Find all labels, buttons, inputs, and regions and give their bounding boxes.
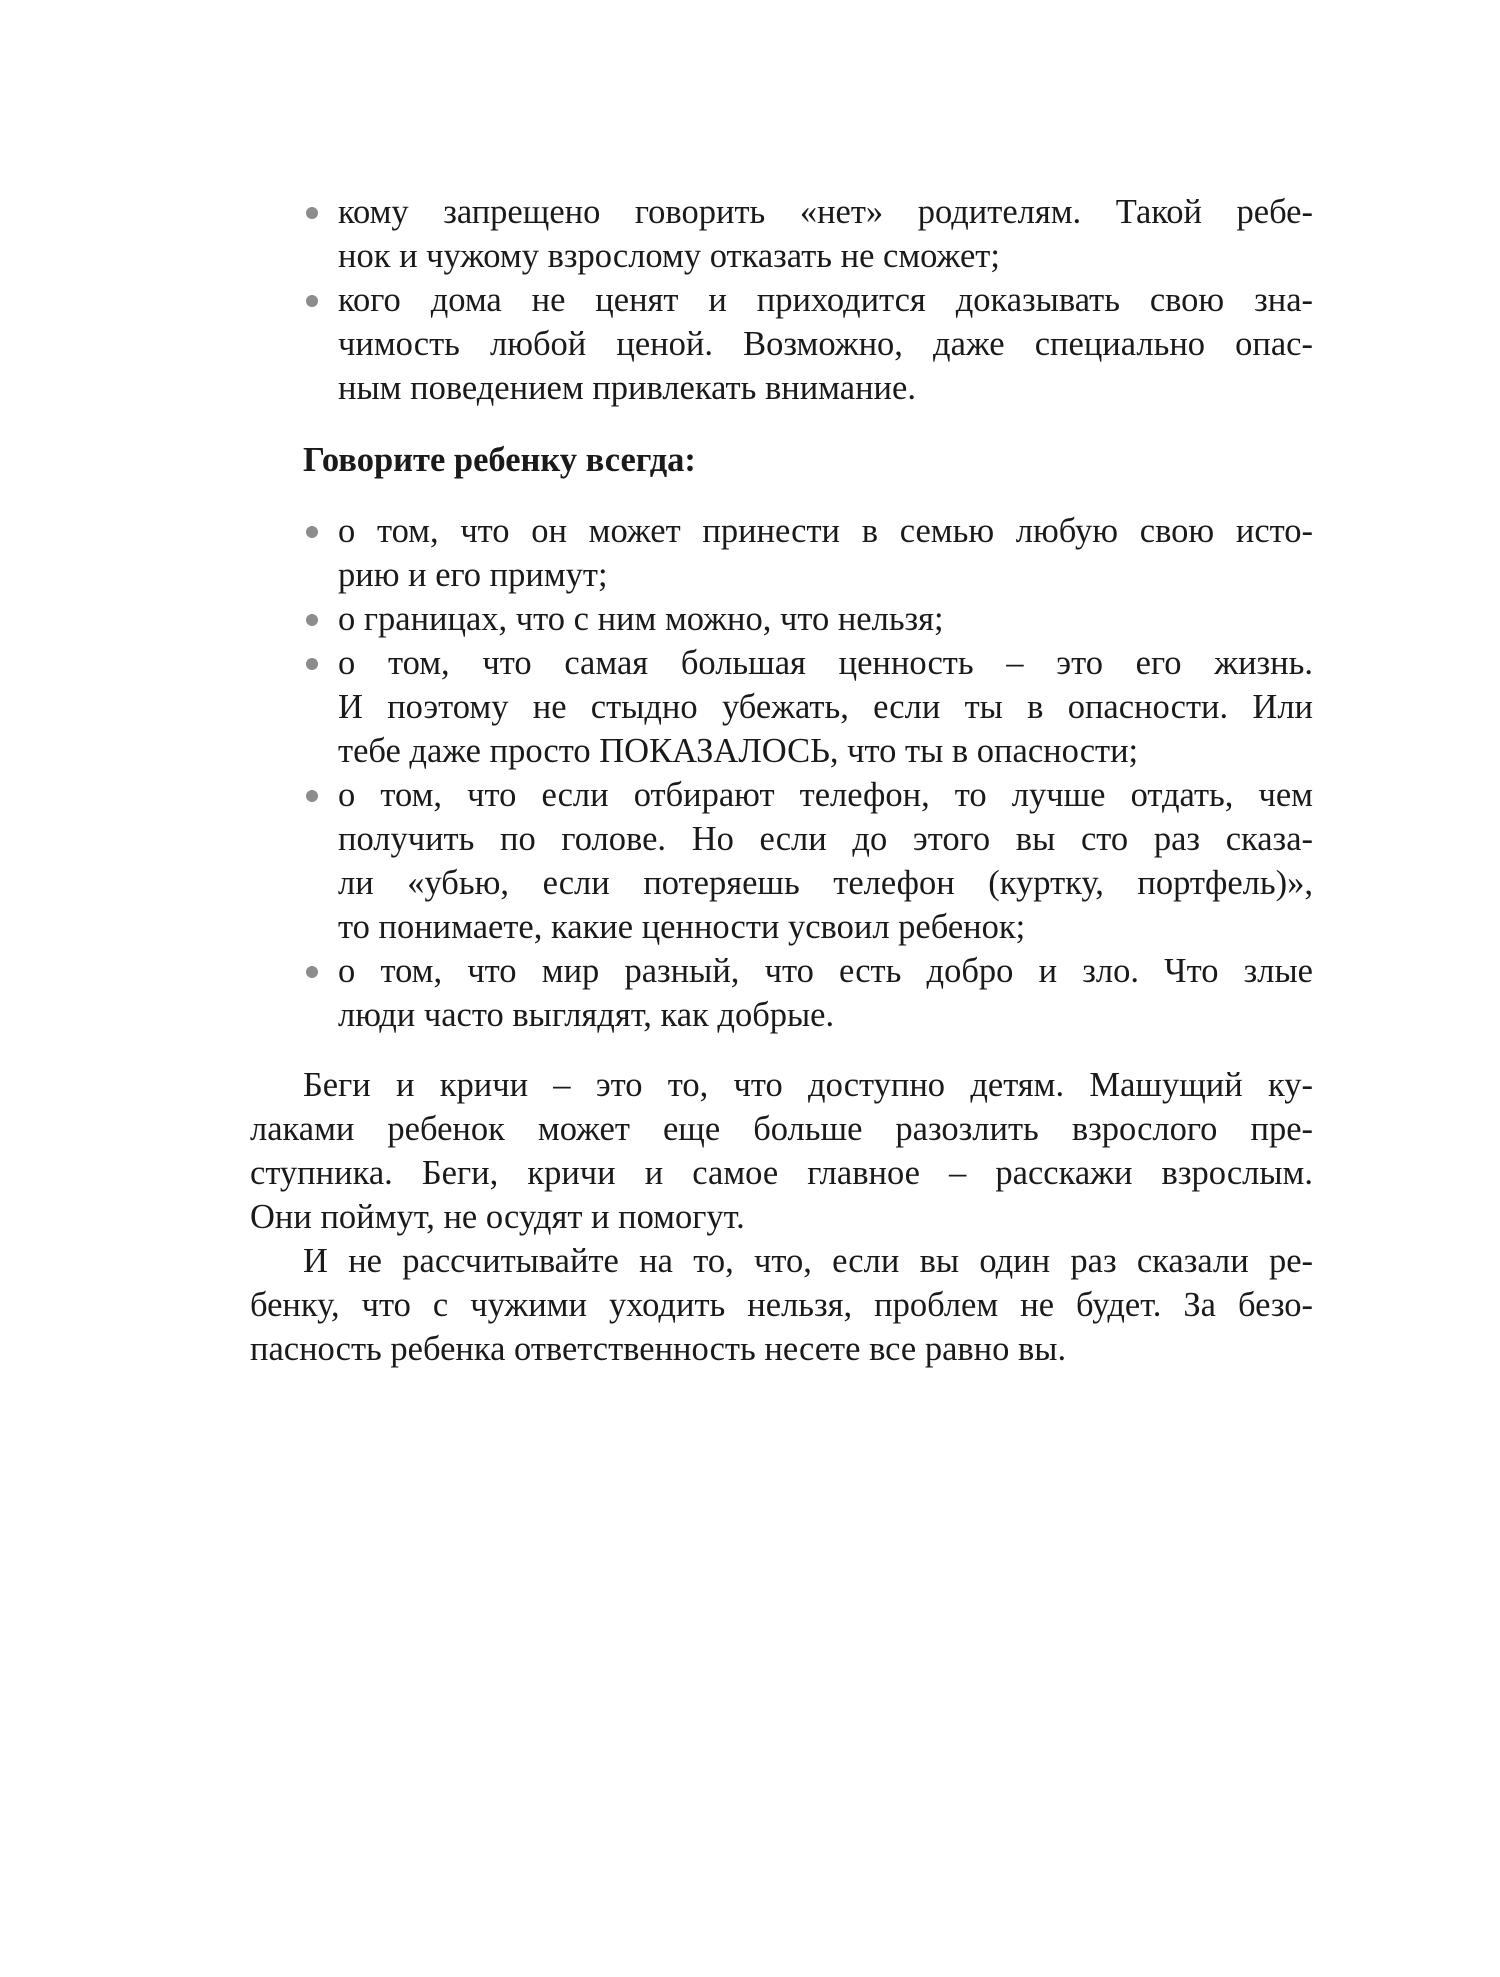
list-item-line: люди часто выглядят, как добрые. — [338, 993, 1313, 1037]
paragraph-line: Беги и кричи – это то, что доступно детя… — [303, 1063, 1313, 1107]
list-item-line: нок и чужому взрослому отказать не сможе… — [338, 234, 1313, 278]
bullet-icon — [306, 790, 318, 802]
list-item-line: о том, что если отбирают телефон, то луч… — [338, 773, 1313, 817]
bullet-icon — [306, 658, 318, 670]
bullet-icon — [306, 614, 318, 626]
paragraph-line: бенку, что с чужими уходить нельзя, проб… — [250, 1283, 1313, 1327]
section-heading: Говорите ребенку всегда: — [303, 438, 696, 482]
list-item-line: рию и его примут; — [338, 553, 1313, 597]
list-item-line: о границах, что с ним можно, что нельзя; — [338, 597, 1313, 641]
list-item-line: кого дома не ценят и приходится доказыва… — [338, 278, 1313, 322]
book-page: кому запрещено говорить «нет» родителям.… — [0, 0, 1500, 1977]
list-item-line: о том, что мир разный, что есть добро и … — [338, 949, 1313, 993]
list-item-line: кому запрещено говорить «нет» родителям.… — [338, 190, 1313, 234]
paragraph-line: И не рассчитывайте на то, что, если вы о… — [303, 1239, 1313, 1283]
list-item-line: получить по голове. Но если до этого вы … — [338, 817, 1313, 861]
bullet-icon — [306, 966, 318, 978]
list-item-line: то понимаете, какие ценности усвоил ребе… — [338, 905, 1313, 949]
paragraph-line: лаками ребенок может еще больше разозлит… — [250, 1107, 1313, 1151]
bullet-icon — [306, 526, 318, 538]
bullet-icon — [306, 295, 318, 307]
list-item-line: чимость любой ценой. Возможно, даже спец… — [338, 322, 1313, 366]
list-item-line: И поэтому не стыдно убежать, если ты в о… — [338, 685, 1313, 729]
list-item-line: о том, что он может принести в семью люб… — [338, 509, 1313, 553]
list-item-line: тебе даже просто ПОКАЗАЛОСЬ, что ты в оп… — [338, 729, 1313, 773]
list-item-line: о том, что самая большая ценность – это … — [338, 641, 1313, 685]
list-item-line: ли «убью, если потеряешь телефон (куртку… — [338, 861, 1313, 905]
paragraph-line: ступника. Беги, кричи и самое главное – … — [250, 1151, 1313, 1195]
paragraph-line: пасность ребенка ответственность несете … — [250, 1327, 1313, 1371]
list-item-line: ным поведением привлекать внимание. — [338, 366, 1313, 410]
paragraph-line: Они поймут, не осудят и помогут. — [250, 1195, 1313, 1239]
bullet-icon — [306, 207, 318, 219]
